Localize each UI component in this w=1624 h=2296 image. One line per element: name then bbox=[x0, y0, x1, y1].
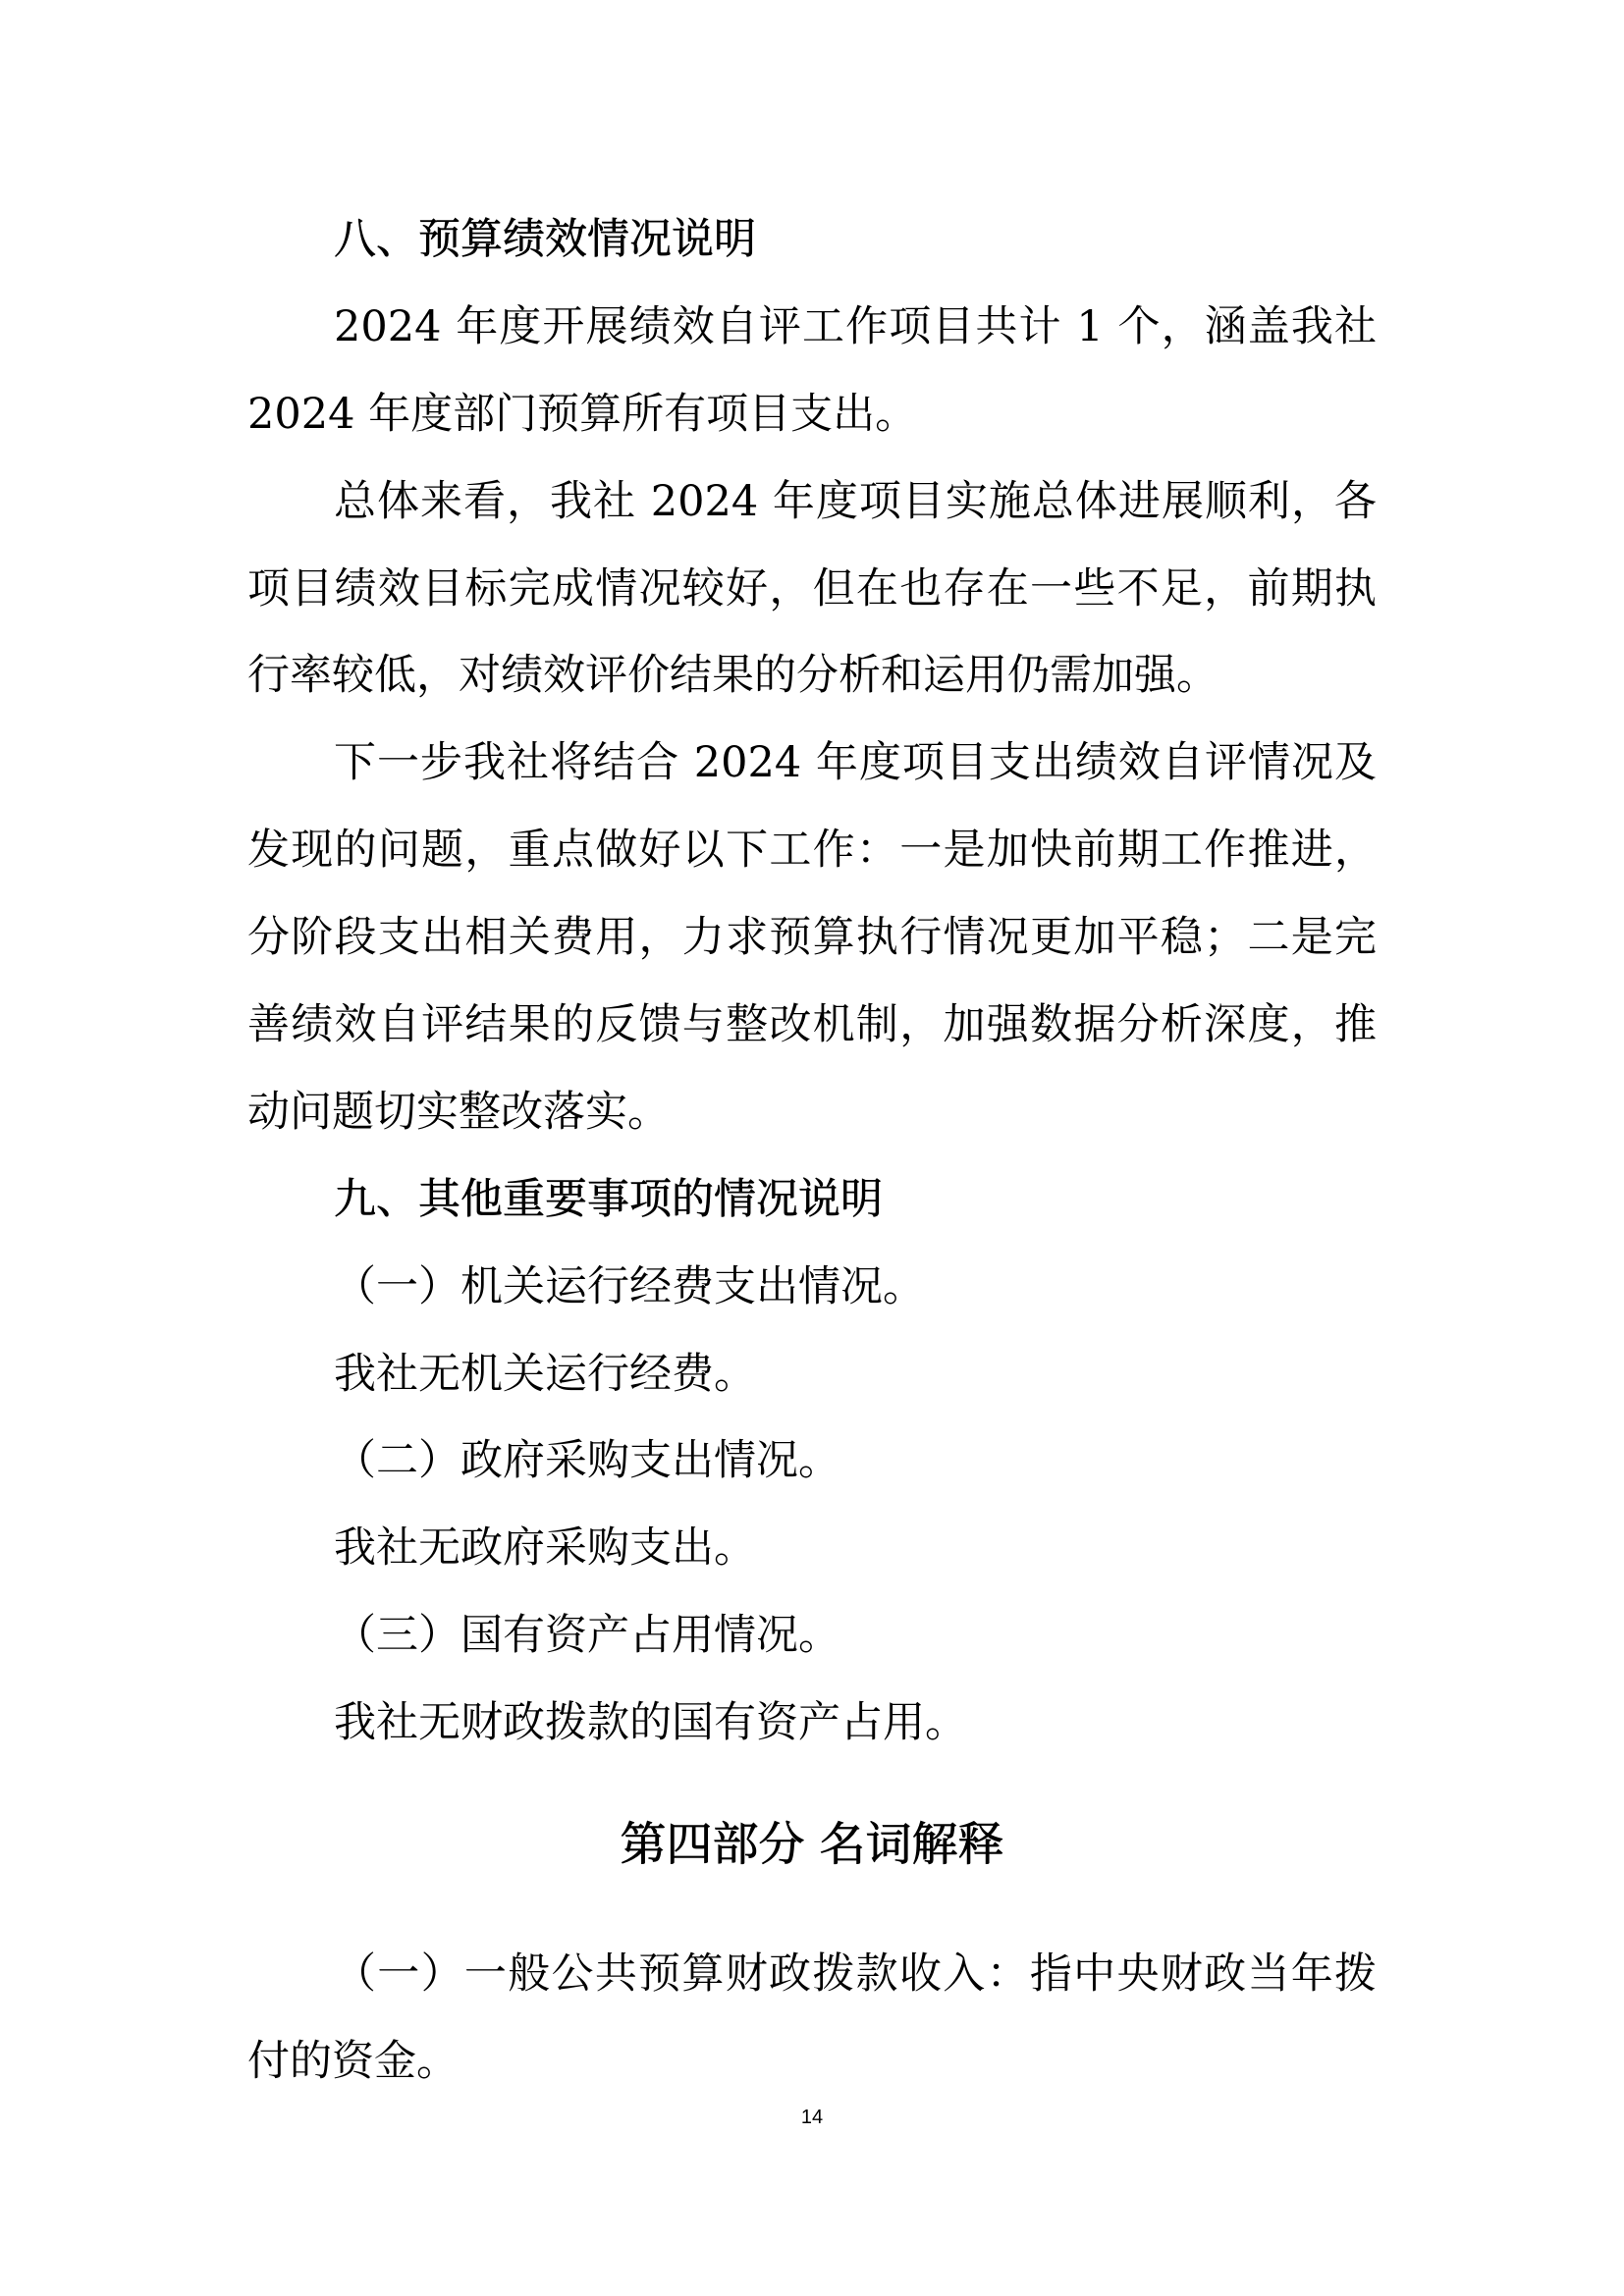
part-title: 第四部分 名词解释 bbox=[0, 1816, 1624, 1875]
paragraph-line: 行率较低，对绩效评价结果的分析和运用仍需加强。 bbox=[247, 632, 1377, 720]
item-3: （三）国有资产占用情况。 我社无财政拨款的国有资产占用。 bbox=[247, 1592, 1377, 1767]
paragraph-line: 善绩效自评结果的反馈与整改机制，加强数据分析深度，推 bbox=[247, 982, 1377, 1069]
section-heading-8: 八、预算绩效情况说明 bbox=[247, 196, 1377, 284]
section-heading-9: 九、其他重要事项的情况说明 bbox=[247, 1156, 1377, 1244]
paragraph: （一）一般公共预算财政拨款收入：指中央财政当年拨 付的资金。 bbox=[247, 1931, 1377, 2106]
item-1: （一）机关运行经费支出情况。 我社无机关运行经费。 bbox=[247, 1244, 1377, 1418]
subheading: （二）政府采购支出情况。 bbox=[247, 1417, 1377, 1505]
paragraph-line: 2024 年度开展绩效自评工作项目共计 1 个，涵盖我社 bbox=[247, 284, 1377, 371]
item-body: 我社无财政拨款的国有资产占用。 bbox=[247, 1680, 1377, 1767]
paragraph-line: 付的资金。 bbox=[247, 2018, 1377, 2106]
paragraph: 总体来看，我社 2024 年度项目实施总体进展顺利，各 项目绩效目标完成情况较好… bbox=[247, 458, 1377, 721]
paragraph-line: 动问题切实整改落实。 bbox=[247, 1069, 1377, 1156]
paragraph-line: 项目绩效目标完成情况较好，但在也存在一些不足，前期执 bbox=[247, 546, 1377, 633]
subheading: （一）机关运行经费支出情况。 bbox=[247, 1244, 1377, 1331]
paragraph-line: 总体来看，我社 2024 年度项目实施总体进展顺利，各 bbox=[247, 458, 1377, 546]
body-flow: 八、预算绩效情况说明 2024 年度开展绩效自评工作项目共计 1 个，涵盖我社 … bbox=[247, 196, 1377, 1767]
subheading: （三）国有资产占用情况。 bbox=[247, 1592, 1377, 1680]
glossary-flow: （一）一般公共预算财政拨款收入：指中央财政当年拨 付的资金。 bbox=[247, 1931, 1377, 2106]
paragraph-line: 2024 年度部门预算所有项目支出。 bbox=[247, 371, 1377, 458]
paragraph-line: （一）一般公共预算财政拨款收入：指中央财政当年拨 bbox=[247, 1931, 1377, 2018]
item-body: 我社无政府采购支出。 bbox=[247, 1505, 1377, 1592]
paragraph-line: 下一步我社将结合 2024 年度项目支出绩效自评情况及 bbox=[247, 720, 1377, 807]
paragraph: 2024 年度开展绩效自评工作项目共计 1 个，涵盖我社 2024 年度部门预算… bbox=[247, 284, 1377, 458]
item-2: （二）政府采购支出情况。 我社无政府采购支出。 bbox=[247, 1417, 1377, 1592]
paragraph: 下一步我社将结合 2024 年度项目支出绩效自评情况及 发现的问题，重点做好以下… bbox=[247, 720, 1377, 1155]
paragraph-line: 发现的问题，重点做好以下工作：一是加快前期工作推进， bbox=[247, 807, 1377, 894]
document-page: 八、预算绩效情况说明 2024 年度开展绩效自评工作项目共计 1 个，涵盖我社 … bbox=[0, 0, 1624, 2296]
page-number: 14 bbox=[0, 2106, 1624, 2129]
paragraph-line: 分阶段支出相关费用，力求预算执行情况更加平稳；二是完 bbox=[247, 894, 1377, 982]
item-body: 我社无机关运行经费。 bbox=[247, 1331, 1377, 1418]
